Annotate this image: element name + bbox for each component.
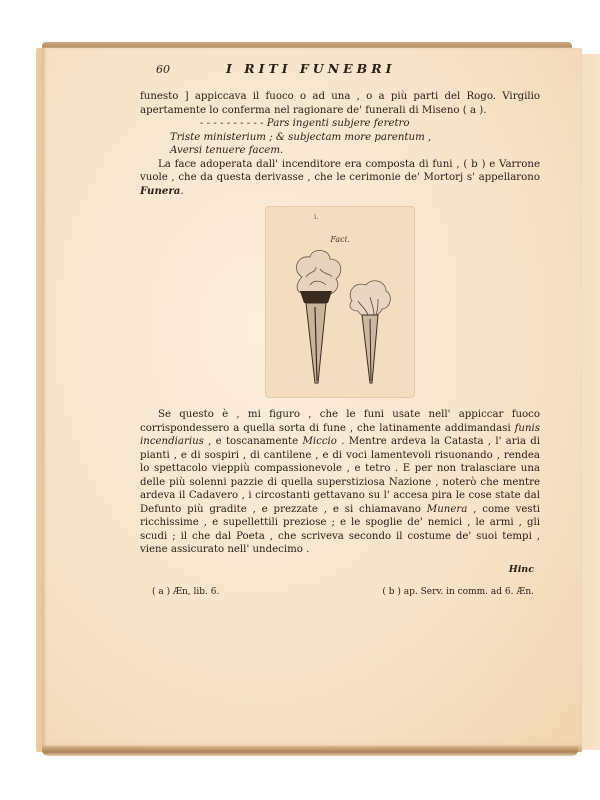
torch-large-illustration (288, 247, 348, 387)
paragraph-2-end: . (180, 186, 183, 197)
verse-line-1: - - - - - - - - - - Pars ingenti subjere… (140, 117, 540, 131)
page-text: 60 I RITI FUNEBRI funesto ] appiccava il… (140, 62, 540, 600)
footnote-a: ( a ) Æn, lib. 6. (152, 586, 219, 600)
footnotes: ( a ) Æn, lib. 6. ( b ) ap. Serv. in com… (140, 586, 540, 600)
paragraph-3-text-a: Se questo è , mi figuro , che le funi us… (140, 409, 540, 434)
page-bottom-edge (42, 746, 578, 756)
paragraph-2-italic: Funera (140, 185, 180, 197)
italian-term: Miccio (302, 436, 337, 447)
paragraph-3-text-b: , e toscanamente (204, 436, 303, 447)
verse-line-3: Aversi tenuere facem. (140, 144, 540, 158)
munera-term: Munera (427, 504, 468, 515)
paragraph-2: La face adoperata dall' incenditore era … (140, 158, 540, 199)
paragraph-3: Se questo è , mi figuro , che le funi us… (140, 408, 540, 557)
catchword: Hinc (140, 563, 540, 577)
plate-caption: Faci. (266, 233, 414, 247)
page-number: 60 (140, 63, 226, 77)
paragraph-2-text: La face adoperata dall' incenditore era … (140, 159, 540, 184)
plate-mark: i. (314, 211, 318, 225)
torch-small-illustration (344, 277, 394, 387)
paragraph-1: funesto ] appiccava il fuoco o ad una , … (140, 90, 540, 117)
verse-line-2: Triste ministerium ; & subjectam more pa… (140, 131, 540, 145)
running-title: I RITI FUNEBRI (226, 62, 395, 76)
engraving-plate: i. Faci. (265, 206, 415, 398)
footnote-b: ( b ) ap. Serv. in comm. ad 6. Æn. (382, 586, 534, 600)
running-head: 60 I RITI FUNEBRI (140, 62, 540, 80)
